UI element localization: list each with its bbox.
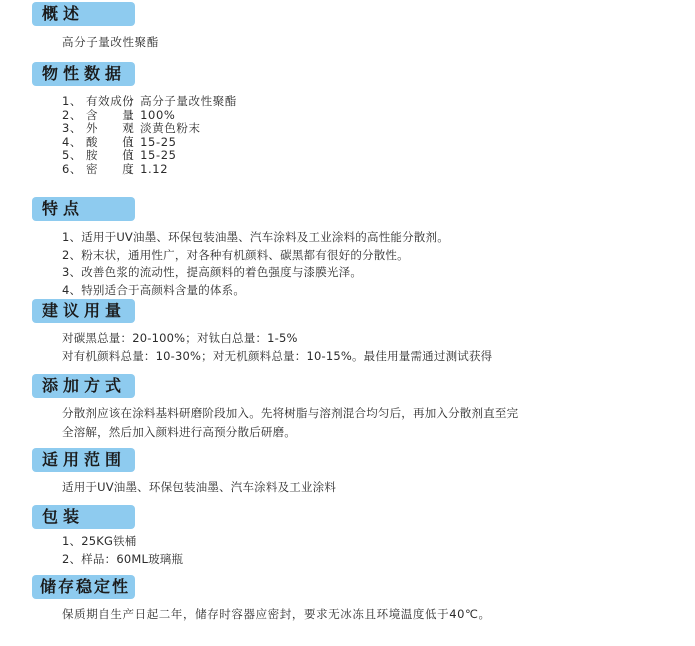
property-row: 3、外 观：淡黄色粉末 <box>62 122 237 136</box>
text-line: 分散剂应该在涂料基料研磨阶段加入。先将树脂与溶剂混合均匀后，再加入分散剂直至完 <box>62 405 518 424</box>
section-header-application-scope: 适用范围 <box>32 448 135 472</box>
property-key: 外 观 <box>86 122 128 136</box>
section-header-addition-method: 添加方式 <box>32 374 135 398</box>
list-item: 4、特别适合于高颜料含量的体系。 <box>62 282 449 300</box>
section-header-dosage: 建议用量 <box>32 299 135 323</box>
property-key: 酸 值 <box>86 136 128 150</box>
section-title: 包装 <box>42 507 84 527</box>
dosage-text: 对碳黑总量：20-100%；对钛白总量：1-5% 对有机颜料总量：10-30%；… <box>62 330 492 366</box>
property-value: 15-25 <box>140 135 176 149</box>
text-line: 对有机颜料总量：10-30%；对无机颜料总量：10-15%。最佳用量需通过测试获… <box>62 348 492 366</box>
section-header-packaging: 包装 <box>32 505 135 529</box>
list-item: 2、粉末状，通用性广，对各种有机颜料、碳黑都有很好的分散性。 <box>62 247 449 265</box>
section-title: 特点 <box>42 199 84 219</box>
section-header-storage-stability: 储存稳定性 <box>32 575 135 599</box>
section-header-features: 特点 <box>32 197 135 221</box>
text-line: 对碳黑总量：20-100%；对钛白总量：1-5% <box>62 330 492 348</box>
packaging-list: 1、25KG铁桶 2、样品：60ML玻璃瓶 <box>62 533 183 569</box>
storage-stability-text: 保质期自生产日起二年，储存时容器应密封，要求无冰冻且环境温度低于40℃。 <box>62 606 491 622</box>
property-key: 密 度 <box>86 163 128 177</box>
properties-list: 1、有效成份：高分子量改性聚酯 2、含 量：100% 3、外 观：淡黄色粉末 4… <box>62 95 237 176</box>
property-row: 4、酸 值：15-25 <box>62 136 237 150</box>
list-item: 1、25KG铁桶 <box>62 533 183 551</box>
property-value: 15-25 <box>140 148 176 162</box>
section-title: 储存稳定性 <box>40 577 130 597</box>
section-header-properties: 物性数据 <box>32 62 135 86</box>
property-value: 淡黄色粉末 <box>140 121 201 135</box>
property-key: 有效成份 <box>86 95 128 109</box>
list-item: 3、改善色浆的流动性，提高颜料的着色强度与漆膜光泽。 <box>62 264 449 282</box>
section-title: 概述 <box>42 4 84 24</box>
text-line: 适用于UV油墨、环保包装油墨、汽车涂料及工业涂料 <box>62 479 336 495</box>
property-key: 胺 值 <box>86 149 128 163</box>
section-header-overview: 概述 <box>32 2 135 26</box>
property-row: 2、含 量：100% <box>62 109 237 123</box>
features-list: 1、适用于UV油墨、环保包装油墨、汽车涂料及工业涂料的高性能分散剂。 2、粉末状… <box>62 229 449 299</box>
property-row: 5、胺 值：15-25 <box>62 149 237 163</box>
list-item: 2、样品：60ML玻璃瓶 <box>62 551 183 569</box>
section-title: 建议用量 <box>42 301 126 321</box>
property-key: 含 量 <box>86 109 128 123</box>
property-value: 1.12 <box>140 162 168 176</box>
property-value: 高分子量改性聚酯 <box>140 94 237 108</box>
application-scope-text: 适用于UV油墨、环保包装油墨、汽车涂料及工业涂料 <box>62 479 336 495</box>
overview-text: 高分子量改性聚酯 <box>62 34 159 50</box>
property-row: 1、有效成份：高分子量改性聚酯 <box>62 95 237 109</box>
section-title: 添加方式 <box>42 376 126 396</box>
text-line: 全溶解，然后加入颜料进行高预分散后研磨。 <box>62 424 518 443</box>
property-row: 6、密 度：1.12 <box>62 163 237 177</box>
text-line: 保质期自生产日起二年，储存时容器应密封，要求无冰冻且环境温度低于40℃。 <box>62 606 491 622</box>
addition-method-text: 分散剂应该在涂料基料研磨阶段加入。先将树脂与溶剂混合均匀后，再加入分散剂直至完 … <box>62 405 518 443</box>
text-line: 高分子量改性聚酯 <box>62 34 159 50</box>
section-title: 物性数据 <box>42 64 126 84</box>
property-value: 100% <box>140 108 175 122</box>
list-item: 1、适用于UV油墨、环保包装油墨、汽车涂料及工业涂料的高性能分散剂。 <box>62 229 449 247</box>
section-title: 适用范围 <box>42 450 126 470</box>
